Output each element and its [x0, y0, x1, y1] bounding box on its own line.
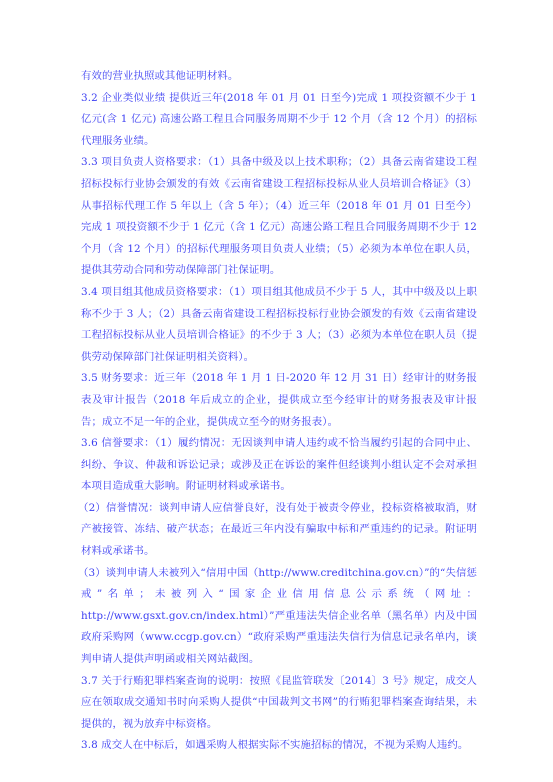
- paragraph-3-6-3-blacklist-check: （3）谈判申请人未被列入“信用中国（http://www.creditchina…: [81, 563, 477, 671]
- document-page: 有效的营业执照或其他证明材料。 3.2 企业类似业绩 提供近三年(2018 年 …: [81, 66, 477, 757]
- paragraph-3-3-project-lead-qualification: 3.3 项目负责人资格要求：（1）具备中级及以上技术职称；（2）具备云南省建设工…: [81, 152, 477, 282]
- paragraph-3-8-no-breach: 3.8 成交人在中标后，如遇采购人根据实际不实施招标的情况，不视为采购人违约。: [81, 735, 477, 757]
- paragraph-3-7-bribery-record-check: 3.7 关于行贿犯罪档案查询的说明：按照《昆监管联发〔2014〕3 号》规定，成…: [81, 671, 477, 736]
- paragraph-3-4-team-member-qualification: 3.4 项目组其他成员资格要求：（1）项目组其他成员不少于 5 人，其中中级及以…: [81, 282, 477, 368]
- paragraph-3-5-financial-requirements: 3.5 财务要求：近三年（2018 年 1 月 1 日-2020 年 12 月 …: [81, 368, 477, 433]
- paragraph-3-6-credit-requirements: 3.6 信誉要求：（1）履约情况：无因谈判申请人违约或不恰当履约引起的合同中止、…: [81, 433, 477, 498]
- paragraph-3-2-similar-performance: 3.2 企业类似业绩 提供近三年(2018 年 01 月 01 日至今)完成 1…: [81, 88, 477, 153]
- paragraph-license-continuation: 有效的营业执照或其他证明材料。: [81, 66, 477, 88]
- paragraph-3-6-2-credit-status: （2）信誉情况：谈判申请人应信誉良好，没有处于被责令停业，投标资格被取消，财产被…: [81, 498, 477, 563]
